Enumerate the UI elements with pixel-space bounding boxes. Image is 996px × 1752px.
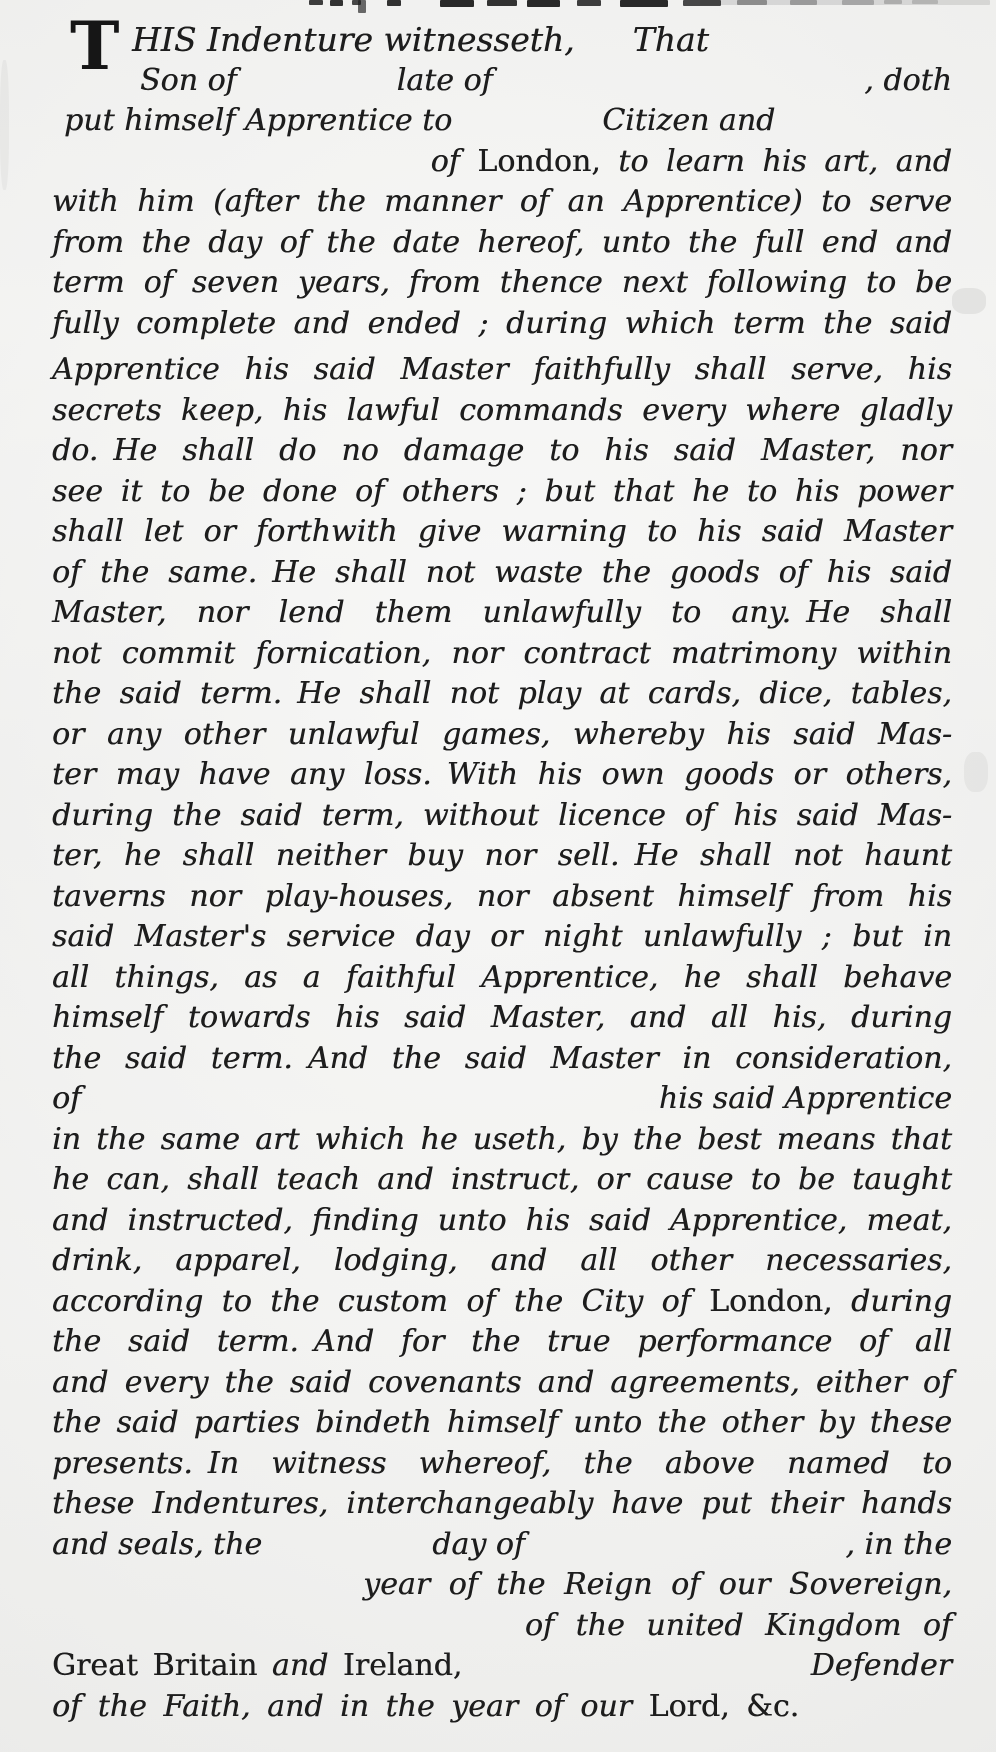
text-segment: late of bbox=[397, 61, 493, 102]
text-segment: during bbox=[833, 1284, 952, 1319]
text-segment: himself towards his said Master, and all… bbox=[52, 1000, 952, 1035]
text-segment: Ireland, bbox=[343, 1646, 463, 1687]
text-line: according to the custom of the City of L… bbox=[52, 1282, 952, 1323]
text-line: all things, as a faithful Apprentice, he… bbox=[52, 958, 952, 999]
text-line: of the same. He shall not waste the good… bbox=[52, 553, 952, 594]
cropped-text-artifact bbox=[912, 0, 938, 4]
text-segment: he can, shall teach and instruct, or cau… bbox=[52, 1162, 952, 1197]
scan-speck bbox=[964, 752, 988, 792]
text-segment: of bbox=[431, 144, 478, 179]
text-segment: his said Apprentice bbox=[659, 1079, 952, 1120]
text-line: Son oflate of, doth bbox=[52, 61, 952, 102]
text-segment: all things, as a faithful Apprentice, he… bbox=[52, 960, 952, 995]
cropped-text-artifact bbox=[527, 0, 560, 7]
text-line: shall let or forthwith give warning to h… bbox=[52, 512, 952, 553]
text-segment: day of bbox=[432, 1525, 525, 1566]
cropped-text-artifact bbox=[737, 0, 767, 5]
text-line: put himself Apprentice toCitizen and bbox=[52, 101, 952, 142]
cropped-text-artifact bbox=[309, 0, 323, 5]
text-line: he can, shall teach and instruct, or cau… bbox=[52, 1160, 952, 1201]
text-line: year of the Reign of our Sovereign, bbox=[52, 1565, 952, 1606]
text-segment: Defender bbox=[811, 1646, 952, 1687]
text-line: these Indentures, interchangeably have p… bbox=[52, 1484, 952, 1525]
text-segment: these Indentures, interchangeably have p… bbox=[52, 1486, 952, 1521]
text-segment: and seals, the bbox=[52, 1525, 262, 1566]
text-segment: Lord, &c. bbox=[649, 1689, 800, 1724]
text-line: secrets keep, his lawful commands every … bbox=[52, 391, 952, 432]
indenture-document-page: T HIS Indenture witnesseth,ThatSon oflat… bbox=[0, 0, 996, 1752]
cropped-text-artifact bbox=[577, 0, 601, 6]
text-segment: not commit fornication, nor contract mat… bbox=[52, 636, 952, 671]
text-segment: Son of bbox=[140, 61, 237, 102]
text-segment: of the Faith, and in the year of our bbox=[52, 1689, 649, 1724]
text-segment: shall let or forthwith give warning to h… bbox=[52, 514, 952, 549]
text-line: fully complete and ended ; during which … bbox=[52, 304, 952, 345]
text-line: ter, he shall neither buy nor sell. He s… bbox=[52, 836, 952, 877]
text-line: ter may have any loss. With his own good… bbox=[52, 755, 952, 796]
text-segment: according to the custom of the City of bbox=[52, 1284, 709, 1319]
text-line: said Master's service day or night unlaw… bbox=[52, 917, 952, 958]
text-segment: during the said term, without licence of… bbox=[52, 798, 952, 833]
text-segment: with him (after the manner of an Apprent… bbox=[52, 184, 952, 219]
text-segment: HIS Indenture witnesseth, bbox=[132, 20, 575, 61]
text-line: HIS Indenture witnesseth,That bbox=[52, 20, 952, 61]
text-segment: the said term. He shall not play at card… bbox=[52, 676, 952, 711]
text-line: the said parties bindeth himself unto th… bbox=[52, 1403, 952, 1444]
text-line: or any other unlawful games, whereby his… bbox=[52, 715, 952, 756]
text-segment: of the same. He shall not waste the good… bbox=[52, 555, 952, 590]
text-segment: from the day of the date hereof, unto th… bbox=[52, 225, 952, 260]
text-line: himself towards his said Master, and all… bbox=[52, 998, 952, 1039]
cropped-text-artifact bbox=[387, 0, 401, 6]
text-line: drink, apparel, lodging, and all other n… bbox=[52, 1241, 952, 1282]
text-segment: London, bbox=[477, 144, 600, 179]
text-line: of the Faith, and in the year of our Lor… bbox=[52, 1687, 952, 1728]
text-line: term of seven years, from thence next fo… bbox=[52, 263, 952, 304]
text-segment: see it to be done of others ; but that h… bbox=[52, 474, 952, 509]
text-line: not commit fornication, nor contract mat… bbox=[52, 634, 952, 675]
cropped-text-artifact bbox=[440, 0, 474, 7]
text-line: of the united Kingdom of bbox=[52, 1606, 952, 1647]
text-line: do. He shall do no damage to his said Ma… bbox=[52, 431, 952, 472]
text-segment: and bbox=[257, 1646, 342, 1687]
text-segment: the said parties bindeth himself unto th… bbox=[52, 1405, 952, 1440]
text-segment: Citizen and bbox=[602, 101, 775, 142]
text-line: the said term. And for the true performa… bbox=[52, 1322, 952, 1363]
text-line: see it to be done of others ; but that h… bbox=[52, 472, 952, 513]
text-segment: put himself Apprentice to bbox=[64, 101, 452, 142]
text-line: presents. In witness whereof, the above … bbox=[52, 1444, 952, 1485]
text-segment: Apprentice his said Master faithfully sh… bbox=[52, 352, 952, 387]
cropped-text-artifact bbox=[358, 0, 366, 13]
text-line: and every the said covenants and agreeme… bbox=[52, 1363, 952, 1404]
text-segment: Master, nor lend them unlawfully to any.… bbox=[52, 595, 952, 630]
text-segment: said Master's service day or night unlaw… bbox=[52, 919, 952, 954]
text-segment: of the united Kingdom of bbox=[525, 1608, 952, 1643]
text-line: and instructed, finding unto his said Ap… bbox=[52, 1201, 952, 1242]
cropped-text-artifact bbox=[620, 0, 668, 7]
text-line: ofhis said Apprentice bbox=[52, 1079, 952, 1120]
text-line: Great Britain and Ireland,Defender bbox=[52, 1646, 952, 1687]
text-line: the said term. And the said Master in co… bbox=[52, 1039, 952, 1080]
text-segment: year of the Reign of our Sovereign, bbox=[363, 1567, 952, 1602]
text-line: the said term. He shall not play at card… bbox=[52, 674, 952, 715]
text-line: taverns nor play-houses, nor absent hims… bbox=[52, 877, 952, 918]
scan-speck bbox=[0, 60, 9, 190]
text-segment: the said term. And for the true performa… bbox=[52, 1324, 952, 1359]
text-segment: drink, apparel, lodging, and all other n… bbox=[52, 1243, 952, 1278]
text-segment: or any other unlawful games, whereby his… bbox=[52, 717, 952, 752]
text-segment: do. He shall do no damage to his said Ma… bbox=[52, 433, 952, 468]
text-segment: presents. In witness whereof, the above … bbox=[52, 1446, 952, 1481]
text-segment: That bbox=[633, 20, 709, 61]
text-segment: of bbox=[52, 1079, 81, 1120]
text-line: and seals, theday of, in the bbox=[52, 1525, 952, 1566]
text-line: Apprentice his said Master faithfully sh… bbox=[52, 350, 952, 391]
text-line: from the day of the date hereof, unto th… bbox=[52, 223, 952, 264]
text-segment: London, bbox=[709, 1284, 832, 1319]
scan-speck bbox=[952, 288, 986, 314]
text-segment: and instructed, finding unto his said Ap… bbox=[52, 1203, 952, 1238]
text-segment: fully complete and ended ; during which … bbox=[52, 306, 952, 341]
document-body-text: HIS Indenture witnesseth,ThatSon oflate … bbox=[52, 20, 952, 1727]
text-line: with him (after the manner of an Apprent… bbox=[52, 182, 952, 223]
text-segment: ter may have any loss. With his own good… bbox=[52, 757, 952, 792]
text-segment: term of seven years, from thence next fo… bbox=[52, 265, 952, 300]
cropped-text-artifact bbox=[330, 0, 343, 6]
text-segment: to learn his art, and bbox=[601, 144, 952, 179]
text-line: in the same art which he useth, by the b… bbox=[52, 1120, 952, 1161]
text-line: during the said term, without licence of… bbox=[52, 796, 952, 837]
text-segment: and every the said covenants and agreeme… bbox=[52, 1365, 952, 1400]
cropped-text-artifact bbox=[884, 0, 902, 4]
text-segment: taverns nor play-houses, nor absent hims… bbox=[52, 879, 952, 914]
text-line: Master, nor lend them unlawfully to any.… bbox=[52, 593, 952, 634]
text-segment: secrets keep, his lawful commands every … bbox=[52, 393, 952, 428]
text-segment: ter, he shall neither buy nor sell. He s… bbox=[52, 838, 952, 873]
cropped-text-artifact bbox=[842, 0, 874, 5]
text-segment: the said term. And the said Master in co… bbox=[52, 1041, 952, 1076]
text-segment: , in the bbox=[845, 1525, 952, 1566]
text-segment: Great Britain bbox=[52, 1646, 257, 1687]
text-segment: , doth bbox=[864, 61, 952, 102]
text-segment: in the same art which he useth, by the b… bbox=[52, 1122, 952, 1157]
cropped-text-artifact bbox=[487, 0, 517, 6]
text-line: of London, to learn his art, and bbox=[52, 142, 952, 183]
cropped-text-artifact bbox=[790, 0, 817, 5]
